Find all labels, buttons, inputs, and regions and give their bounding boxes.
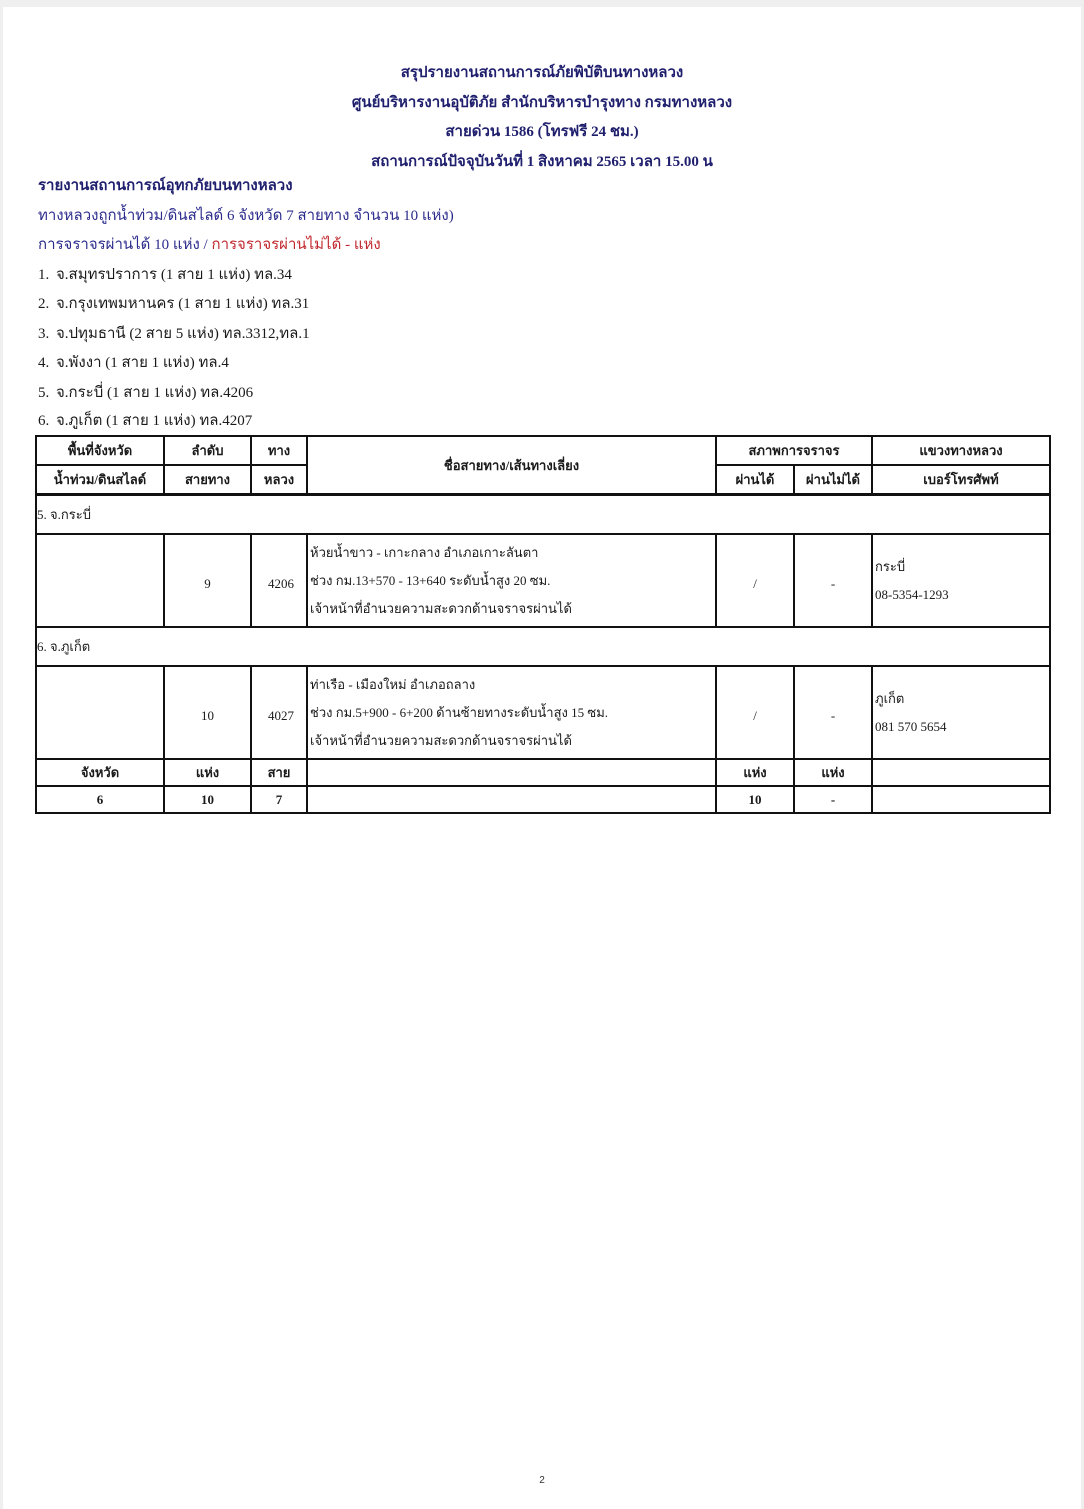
summary-value-places: 10 (164, 786, 251, 813)
report-title: สรุปรายงานสถานการณ์ภัยพิบัติบนทางหลวง (3, 59, 1081, 89)
province-list-item: 4.จ.พังงา (1 สาย 1 แห่ง) ทล.4 (38, 349, 454, 379)
summary-label-empty (307, 759, 716, 786)
summary-value-pass: 10 (716, 786, 794, 813)
cell-area (36, 534, 164, 627)
report-header: สรุปรายงานสถานการณ์ภัยพิบัติบนทางหลวง ศู… (3, 59, 1081, 177)
cell-contact: กระบี่ 08-5354-1293 (872, 534, 1050, 627)
page-number: 2 (3, 1475, 1081, 1486)
cell-pass: / (716, 534, 794, 627)
header-traffic: สภาพการจราจร (716, 436, 872, 465)
header-order-sub: สายทาง (164, 465, 251, 495)
header-area-sub: น้ำท่วม/ดินสไลด์ (36, 465, 164, 495)
province-group-label: 6. จ.ภูเก็ต (36, 627, 1050, 666)
header-district: แขวงทางหลวง (872, 436, 1050, 465)
header-no-pass: ผ่านไม่ได้ (794, 465, 872, 495)
report-hotline: สายด่วน 1586 (โทรฟรี 24 ชม.) (3, 118, 1081, 148)
summary-label-row: จังหวัด แห่ง สาย แห่ง แห่ง (36, 759, 1050, 786)
province-group-row: 5. จ.กระบี่ (36, 495, 1050, 535)
cell-road: 4206 (251, 534, 307, 627)
header-road: ทาง (251, 436, 307, 465)
table-row: 10 4027 ท่าเรือ - เมืองใหม่ อำเภอถลาง ช่… (36, 666, 1050, 759)
summary-value-routes: 7 (251, 786, 307, 813)
summary-value-province: 6 (36, 786, 164, 813)
province-list-item: 3.จ.ปทุมธานี (2 สาย 5 แห่ง) ทล.3312,ทล.1 (38, 320, 454, 350)
summary-value-empty (307, 786, 716, 813)
report-intro: รายงานสถานการณ์อุทกภัยบนทางหลวง ทางหลวงถ… (38, 172, 454, 434)
cell-pass: / (716, 666, 794, 759)
summary-label-no-pass: แห่ง (794, 759, 872, 786)
flood-report-table: พื้นที่จังหวัด ลำดับ ทาง ชื่อสายทาง/เส้น… (35, 435, 1051, 814)
report-agency: ศูนย์บริหารงานอุบัติภัย สำนักบริหารบำรุง… (3, 89, 1081, 119)
province-list-item: 2.จ.กรุงเทพมหานคร (1 สาย 1 แห่ง) ทล.31 (38, 290, 454, 320)
summary-label-pass: แห่ง (716, 759, 794, 786)
province-group-label: 5. จ.กระบี่ (36, 495, 1050, 535)
district-name: กระบี่ (873, 553, 1049, 581)
province-list-item: 5.จ.กระบี่ (1 สาย 1 แห่ง) ทล.4206 (38, 379, 454, 409)
summary-value-row: 6 10 7 10 - (36, 786, 1050, 813)
phone-number: 08-5354-1293 (873, 581, 1049, 609)
district-name: ภูเก็ต (873, 685, 1049, 713)
province-list-item: 1.จ.สมุทรปราการ (1 สาย 1 แห่ง) ทล.34 (38, 261, 454, 291)
summary-label-province: จังหวัด (36, 759, 164, 786)
province-list-item: 6.จ.ภูเก็ต (1 สาย 1 แห่ง) ทล.4207 (38, 408, 454, 434)
header-road-sub: หลวง (251, 465, 307, 495)
cell-area (36, 666, 164, 759)
header-order: ลำดับ (164, 436, 251, 465)
document-page: สรุปรายงานสถานการณ์ภัยพิบัติบนทางหลวง ศู… (3, 7, 1081, 1509)
traffic-impassable: การจราจรผ่านไม่ได้ - แห่ง (211, 237, 380, 253)
traffic-passable: การจราจรผ่านได้ 10 แห่ง / (38, 237, 211, 253)
summary-value-contact (872, 786, 1050, 813)
cell-order: 9 (164, 534, 251, 627)
cell-road: 4027 (251, 666, 307, 759)
cell-no-pass: - (794, 534, 872, 627)
header-pass: ผ่านได้ (716, 465, 794, 495)
cell-route-desc: ห้วยน้ำขาว - เกาะกลาง อำเภอเกาะลันตา ช่ว… (307, 534, 716, 627)
cell-route-desc: ท่าเรือ - เมืองใหม่ อำเภอถลาง ช่วง กม.5+… (307, 666, 716, 759)
cell-order: 10 (164, 666, 251, 759)
summary-label-contact (872, 759, 1050, 786)
phone-number: 081 570 5654 (873, 713, 1049, 741)
summary-label-places: แห่ง (164, 759, 251, 786)
header-area: พื้นที่จังหวัด (36, 436, 164, 465)
cell-contact: ภูเก็ต 081 570 5654 (872, 666, 1050, 759)
summary-label-routes: สาย (251, 759, 307, 786)
flood-summary: ทางหลวงถูกน้ำท่วม/ดินสไลด์ 6 จังหวัด 7 ส… (38, 202, 454, 232)
cell-no-pass: - (794, 666, 872, 759)
traffic-summary: การจราจรผ่านได้ 10 แห่ง / การจราจรผ่านไม… (38, 231, 454, 261)
summary-value-no-pass: - (794, 786, 872, 813)
province-group-row: 6. จ.ภูเก็ต (36, 627, 1050, 666)
header-phone: เบอร์โทรศัพท์ (872, 465, 1050, 495)
section-title: รายงานสถานการณ์อุทกภัยบนทางหลวง (38, 172, 454, 202)
table-row: 9 4206 ห้วยน้ำขาว - เกาะกลาง อำเภอเกาะลั… (36, 534, 1050, 627)
header-route-name: ชื่อสายทาง/เส้นทางเลี่ยง (307, 436, 716, 495)
